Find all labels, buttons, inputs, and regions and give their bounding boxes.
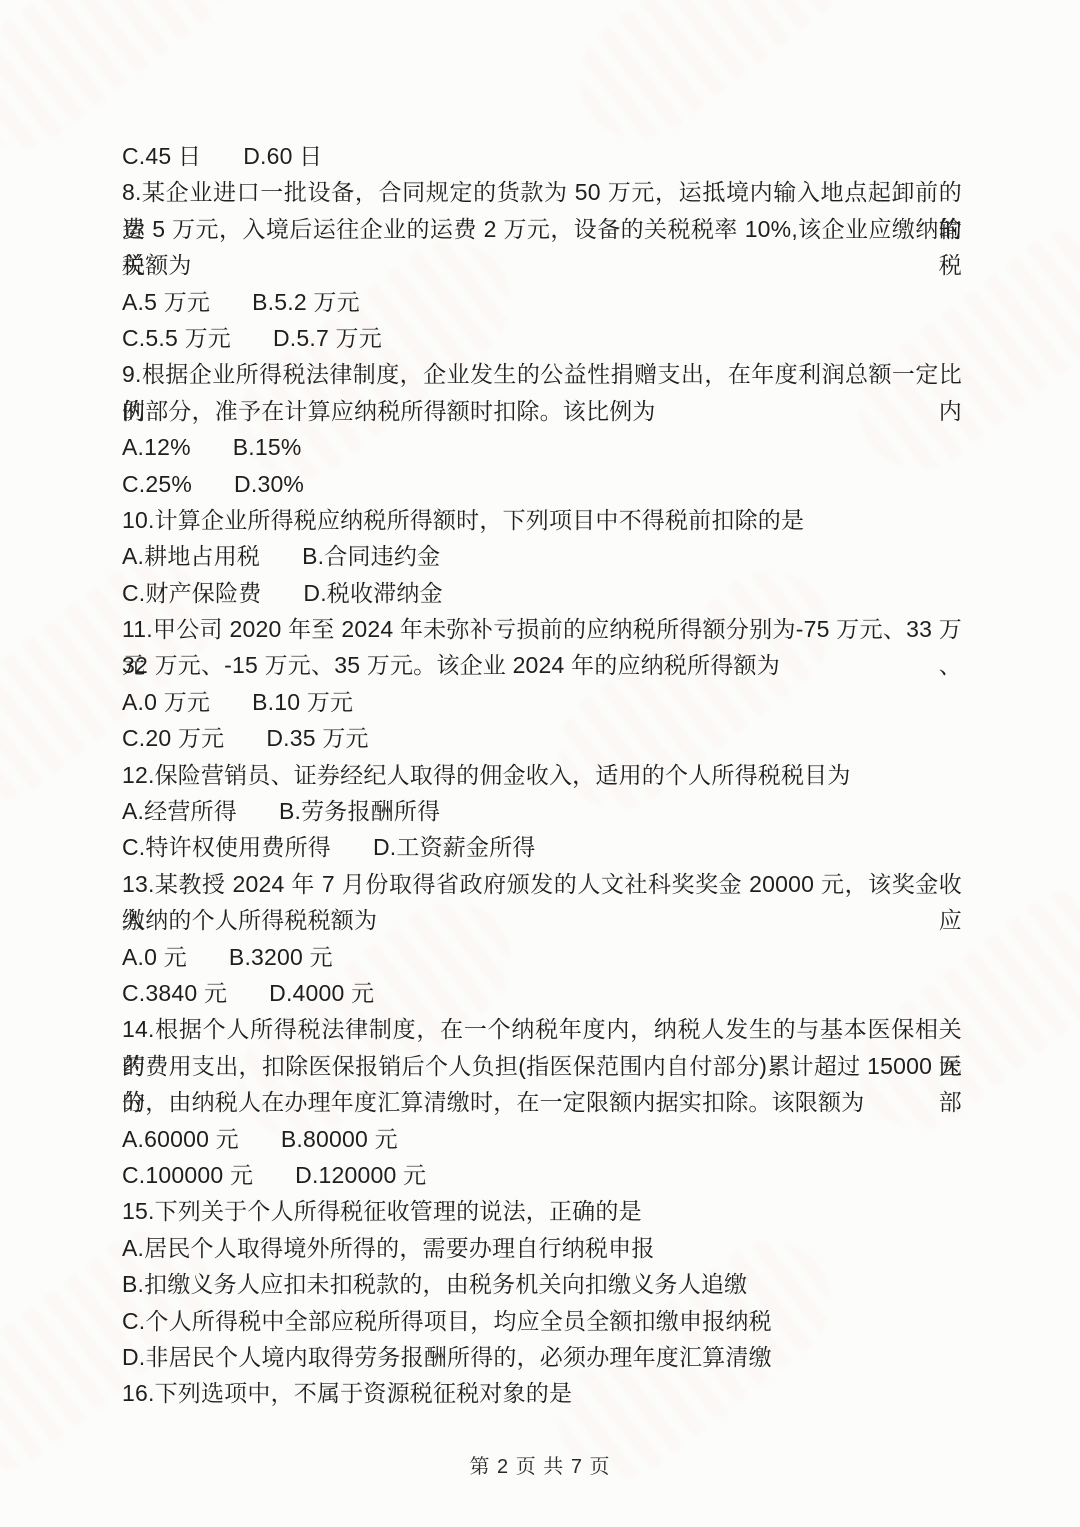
option-text: C.45 日 (122, 143, 201, 169)
option-text: B.5.2 万元 (252, 289, 360, 315)
option-text: A.5 万元 (122, 289, 210, 315)
question-8-options-line-2: C.5.5 万元D.5.7 万元 (122, 320, 962, 356)
question-16-stem-line-1: 16.下列选项中，不属于资源税征税对象的是 (122, 1375, 962, 1411)
option-text: C.3840 元 (122, 980, 227, 1006)
option-text: B.扣缴义务人应扣未扣税款的，由税务机关向扣缴义务人追缴 (122, 1271, 747, 1297)
option-text: D.非居民个人境内取得劳务报酬所得的，必须办理年度汇算清缴 (122, 1344, 772, 1370)
page-footer: 第 2 页 共 7 页 (0, 1452, 1080, 1482)
question-9-stem-line-1: 9.根据企业所得税法律制度，企业发生的公益性捐赠支出，在年度利润总额一定比例内 (122, 356, 962, 392)
option-text: A.居民个人取得境外所得的，需要办理自行纳税申报 (122, 1235, 655, 1261)
option-text: C.财产保险费 (122, 580, 261, 606)
option-text: D.4000 元 (269, 980, 374, 1006)
option-text: A.60000 元 (122, 1126, 239, 1152)
option-text: B.15% (233, 434, 302, 460)
option-text: B.合同违约金 (302, 543, 440, 569)
option-text: B.80000 元 (281, 1126, 398, 1152)
option-text: C.20 万元 (122, 725, 224, 751)
question-9-options-line-2: C.25%D.30% (122, 466, 962, 502)
option-text: D.税收滞纳金 (303, 580, 442, 606)
question-8-stem-line-2: 费 5 万元，入境后运往企业的运费 2 万元，设备的关税税率 10%,该企业应缴… (122, 211, 962, 247)
question-7-options-line-1: C.45 日D.60 日 (122, 138, 962, 174)
option-text: C.100000 元 (122, 1162, 253, 1188)
question-14-options-line-1: A.60000 元B.80000 元 (122, 1121, 962, 1157)
question-15-options-line-4: D.非居民个人境内取得劳务报酬所得的，必须办理年度汇算清缴 (122, 1339, 962, 1375)
question-12-stem-line-1: 12.保险营销员、证券经纪人取得的佣金收入，适用的个人所得税税目为 (122, 757, 962, 793)
question-12-options-line-2: C.特许权使用费所得D.工资薪金所得 (122, 829, 962, 865)
option-text: C.个人所得税中全部应税所得项目，均应全员全额扣缴申报纳税 (122, 1308, 772, 1334)
option-text: D.30% (234, 471, 304, 497)
option-text: A.耕地占用税 (122, 543, 260, 569)
question-9-options-line-1: A.12%B.15% (122, 429, 962, 465)
question-13-options-line-2: C.3840 元D.4000 元 (122, 975, 962, 1011)
question-14-stem-line-3: 分，由纳税人在办理年度汇算清缴时，在一定限额内据实扣除。该限额为 (122, 1084, 962, 1120)
option-text: B.劳务报酬所得 (279, 798, 440, 824)
question-14-options-line-2: C.100000 元D.120000 元 (122, 1157, 962, 1193)
question-8-stem-line-1: 8.某企业进口一批设备，合同规定的货款为 50 万元，运抵境内输入地点起卸前的运… (122, 174, 962, 210)
question-11-options-line-1: A.0 万元B.10 万元 (122, 684, 962, 720)
option-text: A.0 元 (122, 944, 187, 970)
option-text: C.5.5 万元 (122, 325, 231, 351)
question-11-stem-line-1: 11.甲公司 2020 年至 2024 年未弥补亏损前的应纳税所得额分别为-75… (122, 611, 962, 647)
option-text: D.工资薪金所得 (373, 834, 536, 860)
exam-page: C.45 日D.60 日8.某企业进口一批设备，合同规定的货款为 50 万元，运… (0, 0, 1080, 1527)
question-15-options-line-1: A.居民个人取得境外所得的，需要办理自行纳税申报 (122, 1230, 962, 1266)
option-text: D.5.7 万元 (273, 325, 382, 351)
question-list: C.45 日D.60 日8.某企业进口一批设备，合同规定的货款为 50 万元，运… (122, 138, 962, 1412)
question-14-stem-line-1: 14.根据个人所得税法律制度，在一个纳税年度内，纳税人发生的与基本医保相关的医 (122, 1011, 962, 1047)
option-text: D.60 日 (243, 143, 322, 169)
question-15-options-line-2: B.扣缴义务人应扣未扣税款的，由税务机关向扣缴义务人追缴 (122, 1266, 962, 1302)
option-text: A.12% (122, 434, 191, 460)
option-text: C.特许权使用费所得 (122, 834, 331, 860)
question-12-options-line-1: A.经营所得B.劳务报酬所得 (122, 793, 962, 829)
option-text: B.10 万元 (252, 689, 353, 715)
option-text: A.经营所得 (122, 798, 237, 824)
question-8-options-line-1: A.5 万元B.5.2 万元 (122, 284, 962, 320)
question-13-options-line-1: A.0 元B.3200 元 (122, 939, 962, 975)
option-text: D.120000 元 (295, 1162, 426, 1188)
option-text: D.35 万元 (266, 725, 368, 751)
question-10-options-line-1: A.耕地占用税B.合同违约金 (122, 538, 962, 574)
question-11-options-line-2: C.20 万元D.35 万元 (122, 720, 962, 756)
question-15-stem-line-1: 15.下列关于个人所得税征收管理的说法，正确的是 (122, 1193, 962, 1229)
option-text: B.3200 元 (229, 944, 333, 970)
option-text: C.25% (122, 471, 192, 497)
question-15-options-line-3: C.个人所得税中全部应税所得项目，均应全员全额扣缴申报纳税 (122, 1303, 962, 1339)
question-10-stem-line-1: 10.计算企业所得税应纳税所得额时，下列项目中不得税前扣除的是 (122, 502, 962, 538)
question-13-stem-line-1: 13.某教授 2024 年 7 月份取得省政府颁发的人文社科奖奖金 20000 … (122, 866, 962, 902)
question-14-stem-line-2: 药费用支出，扣除医保报销后个人负担(指医保范围内自付部分)累计超过 15000 … (122, 1048, 962, 1084)
question-10-options-line-2: C.财产保险费D.税收滞纳金 (122, 575, 962, 611)
option-text: A.0 万元 (122, 689, 210, 715)
